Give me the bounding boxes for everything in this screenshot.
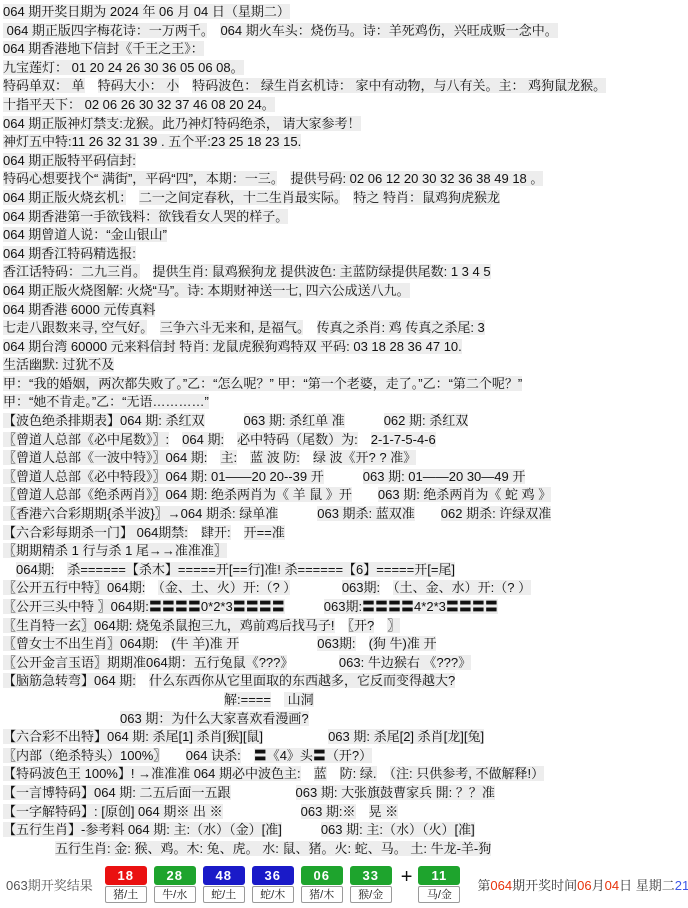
text-run: 〖曾女士不出生肖〗064期: <box>3 636 158 651</box>
text-run: 杀======【杀木】=====开[==行]准! 杀======【6】=====… <box>67 562 455 577</box>
text-run: 063 期杀: 蓝双准 <box>317 506 415 521</box>
text-line: 064 期开奖日期为 2024 年 06 月 04 日（星期二） <box>3 3 686 22</box>
result-ball: 36蛇/木 <box>252 866 294 903</box>
result-bar: 063期开奖结果 18猪/土28牛/水48蛇/土36蛇/木06猪/木33猴/金 … <box>0 862 688 906</box>
text-line: 〖生肖特一玄〗064期: 烧兔杀鼠抱三九，鸡前鸡后找马子! 〖开? 〗 <box>3 617 686 636</box>
text-run: 解:==== <box>224 692 271 707</box>
text-line: 〖曾道人总部《一波中特》〗064 期: 主: 蓝 波 防: 绿 波《开? ? 准… <box>3 449 686 468</box>
text-run: 063 期: 绝杀两肖为《 蛇 鸡 》 <box>378 487 551 502</box>
text-line: 五行生肖: 金: 猴、鸡。木: 兔、虎。 水: 鼠、猪。火: 蛇、马。 土: 牛… <box>3 840 686 859</box>
text-run: 064 期正版火烧图解: 火烧“马”。诗: 本期财神送一七, 四六公成送八九。 <box>3 283 410 298</box>
text-run: 063 期: 大张旗鼓曹家兵 開: ？？准 <box>296 785 495 800</box>
text-line: 香江话特码：二九三肖。 提供生肖: 鼠鸡猴狗龙 提供波色: 主蓝防绿提供尾数: … <box>3 263 686 282</box>
text-run: 〗 <box>387 618 400 633</box>
text-run: 064 期开奖日期为 2024 年 06 月 04 日（星期二） <box>3 4 290 19</box>
text-run: 064 期: <box>182 432 224 447</box>
text-run: 064 诀杀: <box>186 748 241 763</box>
text-run: 神灯五中特:11 26 32 31 39 . 五个平:23 25 18 23 1… <box>3 134 301 149</box>
text-run: 〖内部（绝杀特头）100%〗 <box>3 748 160 763</box>
text-run: 063 期：为什么大家喜欢看漫画? <box>120 711 309 726</box>
text-run: 〖曾道人总部《绝杀两肖》〗064 期: 绝杀两肖为《 羊 鼠 》开 <box>3 487 352 502</box>
text-line: 【六合彩每期杀一门】 064期禁: 肆开: 开==准 <box>3 524 686 543</box>
result-ball: 48蛇/土 <box>203 866 245 903</box>
text-run: 【一言博特码】064 期: 二五后面一五跟 <box>3 785 231 800</box>
text-line: 九宝莲灯： 01 20 24 26 30 36 05 06 08。 <box>3 59 686 78</box>
next-draw-segment: 月 <box>592 878 605 893</box>
next-draw-segment: 04 <box>605 878 619 893</box>
ball-number: 33 <box>350 866 392 885</box>
text-run: 主: <box>220 450 237 465</box>
text-run: 064 期曾道人说：“金山银山” <box>3 227 167 242</box>
next-draw-info: 第064期开奖时间06月04日 星期二21:30 <box>477 875 688 894</box>
text-run: 五行生肖: 金: 猴、鸡。木: 兔、虎。 水: 鼠、猪。火: 蛇、马。 土: 牛… <box>55 841 491 856</box>
next-draw-segment: 日 <box>619 878 632 893</box>
text-line: 生活幽默: 过犹不及 <box>3 356 686 375</box>
text-run: (牛 羊)准 开 <box>171 636 239 651</box>
text-run: 七走八跟数来寻, 空气好。 <box>3 320 147 335</box>
text-line: 064 期香港第一手欲钱料：欲钱看女人哭的样子。 <box>3 208 686 227</box>
text-line: 【脑筋急转弯】064 期: 什么东西你从它里面取的东西越多，它反而变得越大? <box>3 672 686 691</box>
text-run: 064 期香港第一手欲钱料：欲钱看女人哭的样子。 <box>3 209 288 224</box>
text-run: 062 期杀: 许绿双准 <box>441 506 552 521</box>
text-run: 【波色绝杀排期表】064 期: 杀红双 <box>3 413 205 428</box>
text-run: 甲：“我的婚姻，两次都失败了。”乙：“怎么呢？” 甲：“第一个老婆，走了。”乙：… <box>3 376 522 391</box>
text-run: 064 期香港 6000 元传真料 <box>3 302 155 317</box>
text-line: 064 期正版四字梅花诗：一万两千。 064 期火车头：烧伤马。诗：羊死鸡伤，兴… <box>3 22 686 41</box>
ball-number: 28 <box>154 866 196 885</box>
text-run: （金、土、火）开:（? ） <box>158 580 289 595</box>
text-run: 三争六斗无来和, 是福气。 <box>160 320 304 335</box>
text-run: 肆开: <box>201 525 231 540</box>
text-run: 064 期正版神灯禁支:龙猴。此乃神灯特码绝杀， 请大家参考！ <box>3 116 361 131</box>
text-run: 〖公开三头中特 〗064期:〓〓〓〓0*2*3〓〓〓〓 <box>3 599 285 614</box>
text-line: 〖曾道人总部《必中尾数》〗: 064 期: 必中特码（尾数）为: 2-1-7-5… <box>3 431 686 450</box>
text-line: 【波色绝杀排期表】064 期: 杀红双 063 期: 杀红单 准 062 期: … <box>3 412 686 431</box>
text-run: 香江话特码：二九三肖。 <box>3 264 140 279</box>
ball-number: 06 <box>301 866 343 885</box>
ball-zodiac: 猪/木 <box>301 886 343 903</box>
ball-zodiac: 蛇/木 <box>252 886 294 903</box>
text-line: 特码心想要找个“ 满街”，平码“四”，本期：一三。 提供号码: 02 06 12… <box>3 170 686 189</box>
text-line: 〖公开金言玉语〗期期准064期：五行兔鼠《???》 063: 牛边猴右 《???… <box>3 654 686 673</box>
text-line: 064 期正版神灯禁支:龙猴。此乃神灯特码绝杀， 请大家参考！ <box>3 115 686 134</box>
text-run: 晃 ※ <box>369 804 399 819</box>
text-run: 开==准 <box>244 525 285 540</box>
text-run: 【五行生肖】-参考料 064 期: 主:（水）（金）[准] <box>3 822 282 837</box>
special-ball-wrap: 11马/金 <box>418 866 467 903</box>
text-line: 【五行生肖】-参考料 064 期: 主:（水）（金）[准] 063 期: 主:（… <box>3 821 686 840</box>
text-run: 生活幽默: 过犹不及 <box>3 357 114 372</box>
text-run: 〖香港六合彩期期{杀半波}〗→064 期杀: 绿单准 <box>3 506 278 521</box>
text-run: 特之 特肖：鼠鸡狗虎猴龙 <box>353 190 500 205</box>
text-line: 064 期香港地下信封《千王之王》： <box>3 40 686 59</box>
text-run: 064期: <box>16 562 54 577</box>
text-run: 〓《4》头〓（开?） <box>254 748 372 763</box>
text-line: 064 期台湾 60000 元来料信封 特肖: 龙鼠虎猴狗鸡特双 平码: 03 … <box>3 338 686 357</box>
text-line: 〖曾道人总部《绝杀两肖》〗064 期: 绝杀两肖为《 羊 鼠 》开 063 期:… <box>3 486 686 505</box>
text-run: 必中特码（尾数）为: <box>237 432 358 447</box>
text-line: 七走八跟数来寻, 空气好。 三争六斗无来和, 是福气。 传真之杀肖: 鸡 传真之… <box>3 319 686 338</box>
text-run: 〖曾道人总部《必中特段》〗064 期: 01——20 20--39 开 <box>3 469 324 484</box>
next-draw-segment: 期开奖时间 <box>512 878 577 893</box>
next-draw-segment: 星期二 <box>632 878 675 893</box>
next-draw-segment: 第 <box>477 878 490 893</box>
text-run: 特码波色： 绿生肖玄机诗： 家中有动物，与八有关。主： 鸡狗鼠龙猴。 <box>192 78 606 93</box>
next-draw-segment: 064 <box>490 878 512 893</box>
text-run: 063期: <box>342 580 380 595</box>
text-run: 防: 绿. <box>340 766 377 781</box>
text-line: 十指平天下： 02 06 26 30 32 37 46 08 20 24。 <box>3 96 686 115</box>
text-run: （土、金、水）开:（? ） <box>393 580 531 595</box>
text-run: 【一字解特码】: [原创] 064 期※ 出 ※ <box>3 804 223 819</box>
plus-sign: + <box>401 866 413 889</box>
text-run: 064 期正版火烧玄机： <box>3 190 126 205</box>
text-run: 蓝 <box>314 766 327 781</box>
text-line: 【一言博特码】064 期: 二五后面一五跟 063 期: 大张旗鼓曹家兵 開: … <box>3 784 686 803</box>
ball-number: 11 <box>418 866 460 885</box>
text-line: 〖曾道人总部《必中特段》〗064 期: 01——20 20--39 开 063 … <box>3 468 686 487</box>
text-run: 传真之杀肖: 鸡 传真之杀尾: 3 <box>317 320 485 335</box>
text-run: 2-1-7-5-4-6 <box>371 432 436 447</box>
text-run: 〖公开金言玉语〗期期准064期：五行兔鼠《???》 <box>3 655 287 670</box>
text-run: （注: 只供参考, 不做解释!） <box>390 766 545 781</box>
text-run: 九宝莲灯： 01 20 24 26 30 36 05 06 08。 <box>3 60 244 75</box>
text-run: 063: 牛边猴右 《???》 <box>339 655 471 670</box>
text-run: 【脑筋急转弯】064 期: <box>3 673 136 688</box>
text-run: 特码单双： 单 <box>3 78 85 93</box>
text-run: 〖曾道人总部《必中尾数》〗: <box>3 432 169 447</box>
ball-zodiac: 猪/土 <box>105 886 147 903</box>
text-run: 特码大小： 小 <box>98 78 180 93</box>
text-line: 063 期：为什么大家喜欢看漫画? <box>3 710 686 729</box>
text-run: 绿 波《开? ? 准》 <box>313 450 416 465</box>
text-run: 提供号码: 02 06 12 20 30 32 36 38 49 18 。 <box>290 171 543 186</box>
result-ball: 18猪/土 <box>105 866 147 903</box>
text-run: 063 期: 01——20 30—49 开 <box>363 469 526 484</box>
text-line: 064 期曾道人说：“金山银山” <box>3 226 686 245</box>
text-line: 064 期香江特码精选报: <box>3 245 686 264</box>
text-run: 064 期正版特平码信封: <box>3 153 136 168</box>
text-run: 063 期:※ <box>301 804 356 819</box>
text-run: 063 期: 杀红单 准 <box>244 413 345 428</box>
text-run: 提供生肖: 鼠鸡猴狗龙 提供波色: 主蓝防绿提供尾数: 1 3 4 5 <box>153 264 491 279</box>
text-run: 十指平天下： 02 06 26 30 32 37 46 08 20 24。 <box>3 97 275 112</box>
text-run: 【六合彩每期杀一门】 064期禁: <box>3 525 188 540</box>
text-run: 二一之间定春秋，十二生肖最实际。 <box>139 190 341 205</box>
text-run: 〖开? <box>348 618 375 633</box>
text-run: 064 期香港地下信封《千王之王》： <box>3 41 204 56</box>
text-line: 064 期正版火烧图解: 火烧“马”。诗: 本期财神送一七, 四六公成送八九。 <box>3 282 686 301</box>
text-run: 064 期台湾 60000 元来料信封 特肖: 龙鼠虎猴狗鸡特双 平码: 03 … <box>3 339 462 354</box>
text-line: 解:==== 山洞 <box>3 691 686 710</box>
result-ball: 33猴/金 <box>350 866 392 903</box>
text-run: 甲：“她不肯走。”乙：“无语…………” <box>3 394 209 409</box>
text-run: 蓝 波 防: <box>250 450 300 465</box>
result-ball: 28牛/水 <box>154 866 196 903</box>
text-run: 062 期: 杀红双 <box>384 413 469 428</box>
text-run: 特码心想要找个“ 满街”，平码“四”，本期：一三。 <box>3 171 277 186</box>
text-run: 064 期正版四字梅花诗：一万两千。 <box>3 23 207 38</box>
text-line: 064 期正版特平码信封: <box>3 152 686 171</box>
ball-number: 48 <box>203 866 245 885</box>
ball-zodiac: 蛇/土 <box>203 886 245 903</box>
text-run: 〖期期精杀 1 行与杀 1 尾→→准准准〗 <box>3 543 227 558</box>
text-line: 甲：“我的婚姻，两次都失败了。”乙：“怎么呢？” 甲：“第一个老婆，走了。”乙：… <box>3 375 686 394</box>
ball-zodiac: 猴/金 <box>350 886 392 903</box>
text-run: 【六合彩不出特】064 期: 杀尾[1] 杀肖[猴][鼠] <box>3 729 263 744</box>
text-line: 〖内部（绝杀特头）100%〗 064 诀杀: 〓《4》头〓（开?） <box>3 747 686 766</box>
text-line: 〖公开三头中特 〗064期:〓〓〓〓0*2*3〓〓〓〓 063期:〓〓〓〓4*2… <box>3 598 686 617</box>
result-balls: 18猪/土28牛/水48蛇/土36蛇/木06猪/木33猴/金 <box>105 866 399 903</box>
text-line: 【一字解特码】: [原创] 064 期※ 出 ※ 063 期:※ 晃 ※ <box>3 803 686 822</box>
text-run: 〖生肖特一玄〗064期: 烧兔杀鼠抱三九，鸡前鸡后找马子! <box>3 618 335 633</box>
text-line: 〖香港六合彩期期{杀半波}〗→064 期杀: 绿单准 063 期杀: 蓝双准 0… <box>3 505 686 524</box>
ball-number: 36 <box>252 866 294 885</box>
text-run: 063期:〓〓〓〓4*2*3〓〓〓〓 <box>324 599 498 614</box>
result-ball: 06猪/木 <box>301 866 343 903</box>
text-line: 〖期期精杀 1 行与杀 1 尾→→准准准〗 <box>3 542 686 561</box>
text-run: 什么东西你从它里面取的东西越多，它反而变得越大? <box>149 673 455 688</box>
tips-content: 064 期开奖日期为 2024 年 06 月 04 日（星期二） 064 期正版… <box>0 0 688 858</box>
text-line: 〖公开五行中特〗064期: （金、土、火）开:（? ） 063期: （土、金、水… <box>3 579 686 598</box>
text-line: 〖曾女士不出生肖〗064期: (牛 羊)准 开 063期: (狗 牛)准 开 <box>3 635 686 654</box>
text-run: (狗 牛)准 开 <box>369 636 437 651</box>
text-line: 064 期正版火烧玄机： 二一之间定春秋，十二生肖最实际。 特之 特肖：鼠鸡狗虎… <box>3 189 686 208</box>
text-run: 063期: <box>317 636 355 651</box>
result-label: 063期开奖结果 <box>6 875 93 894</box>
text-line: 064期: 杀======【杀木】=====开[==行]准! 杀======【6… <box>3 561 686 580</box>
ball-zodiac: 马/金 <box>418 886 460 903</box>
next-draw-segment: 21:30 <box>675 878 688 893</box>
text-line: 特码单双： 单 特码大小： 小 特码波色： 绿生肖玄机诗： 家中有动物，与八有关… <box>3 77 686 96</box>
text-run: 【特码波色王 100%】! →准准准 064 期必中波色主: <box>3 766 301 781</box>
text-line: 神灯五中特:11 26 32 31 39 . 五个平:23 25 18 23 1… <box>3 133 686 152</box>
text-run: 064 期火车头：烧伤马。诗：羊死鸡伤，兴旺成贩一念中。 <box>220 23 557 38</box>
text-run: 山洞 <box>284 692 314 707</box>
ball-number: 18 <box>105 866 147 885</box>
text-run: 〖曾道人总部《一波中特》〗064 期: <box>3 450 207 465</box>
text-line: 甲：“她不肯走。”乙：“无语…………” <box>3 393 686 412</box>
text-run: 063 期: 主:（水）（火）[准] <box>321 822 475 837</box>
text-run: 064 期香江特码精选报: <box>3 246 136 261</box>
text-line: 064 期香港 6000 元传真料 <box>3 301 686 320</box>
text-line: 【特码波色王 100%】! →准准准 064 期必中波色主: 蓝 防: 绿. （… <box>3 765 686 784</box>
ball-zodiac: 牛/水 <box>154 886 196 903</box>
page: { "document": { "lines": [ "064 期开奖日期为 2… <box>0 0 688 908</box>
text-run: 063 期: 杀尾[2] 杀肖[龙][兔] <box>328 729 484 744</box>
next-draw-segment: 06 <box>577 878 591 893</box>
text-line: 【六合彩不出特】064 期: 杀尾[1] 杀肖[猴][鼠] 063 期: 杀尾[… <box>3 728 686 747</box>
result-ball: 11马/金 <box>418 866 460 903</box>
text-run: 〖公开五行中特〗064期: <box>3 580 145 595</box>
